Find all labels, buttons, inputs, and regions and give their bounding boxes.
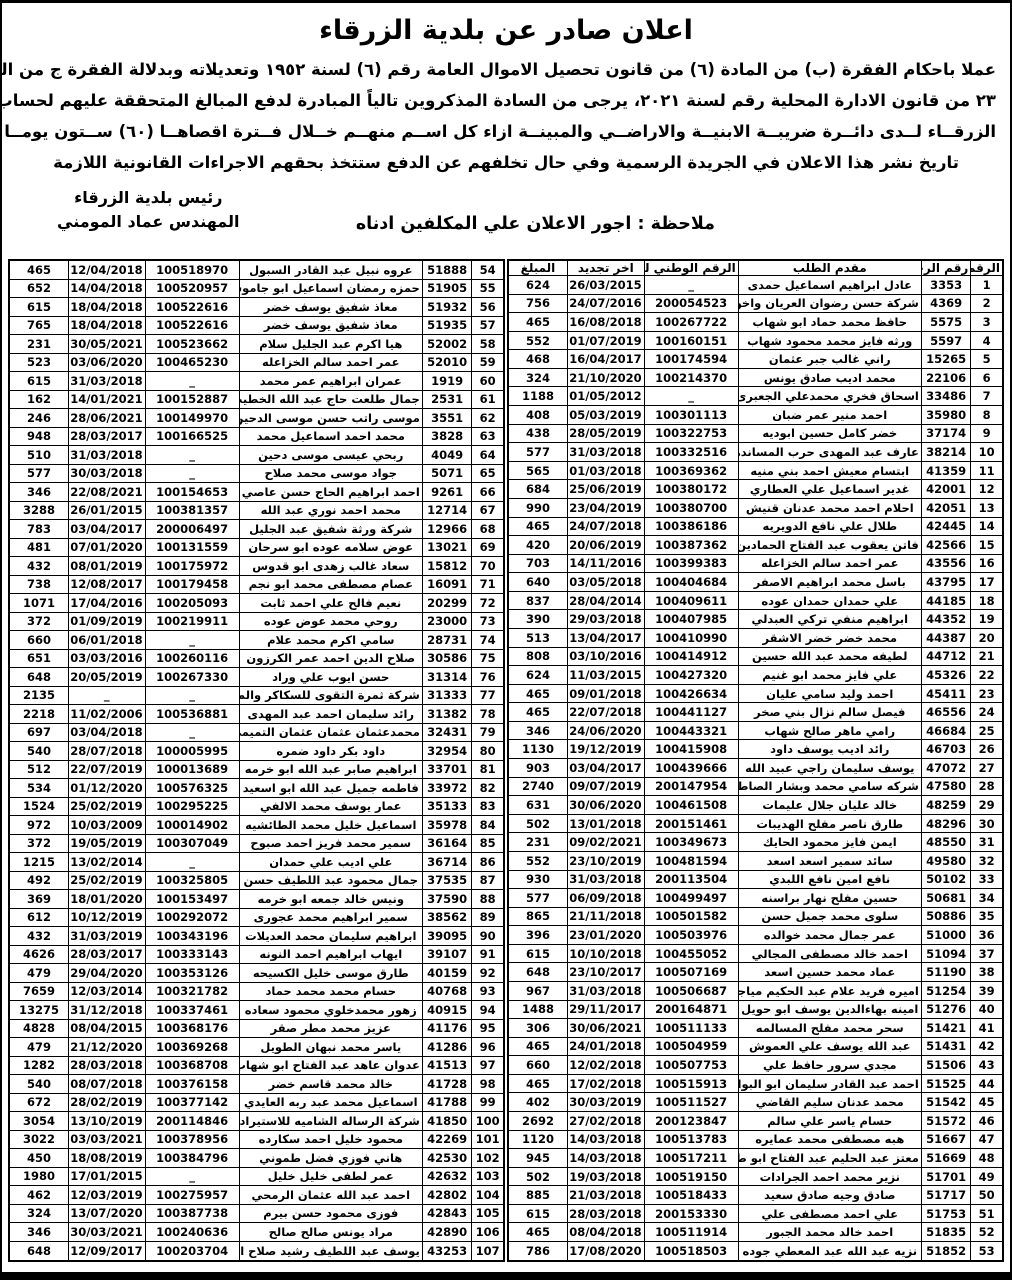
cell-license: 47580 [921, 777, 971, 796]
cell-number: 34 [971, 889, 1003, 908]
cell-applicant: عمر جمال محمد خوالده [738, 926, 921, 945]
cell-amount: 756 [508, 294, 567, 313]
cell-applicant: سحر محمد مفلح المسالمه [738, 1019, 921, 1038]
table-row: 4051276امينه بهاءالدين يوسف ابو حويل2001… [508, 1000, 1003, 1019]
cell-national-id: 100179458 [145, 575, 239, 594]
cell-last-renewal: 19/12/2019 [567, 740, 644, 759]
table-row: 4351506مجدي سرور حافظ علي10050775312/02/… [508, 1056, 1003, 1075]
cell-number: 8 [971, 406, 1003, 425]
cell-last-renewal: 20/06/2019 [567, 536, 644, 555]
table-row: 24369شركة حسن رضوان العريان واخوانه20005… [508, 294, 1003, 313]
cell-applicant: حسن ايوب علي وراد [239, 668, 422, 687]
cell-last-renewal: 03/03/2016 [68, 649, 145, 668]
table-row: 7220299نعيم فالح علي احمد ثابت1002050931… [9, 594, 504, 613]
cell-number: 95 [472, 1019, 504, 1038]
table-row: 669261احمد ابراهيم الحاج حسن عاصي1001546… [9, 483, 504, 502]
table-row: 9240159طارق موسى خليل الكسيحه10035312629… [9, 964, 504, 983]
cell-amount: 246 [9, 409, 68, 428]
cell-national-id: 100307049 [145, 834, 239, 853]
cell-national-id: _ [644, 276, 738, 295]
col-last-renewal: اخر تجديد [567, 260, 644, 276]
cell-number: 64 [472, 446, 504, 465]
cell-national-id: 100325805 [145, 871, 239, 890]
cell-amount: 3054 [9, 1112, 68, 1131]
cell-applicant: نزير محمد احمد الجرادات [738, 1167, 921, 1186]
cell-applicant: غدير اسماعيل علي العطاري [738, 480, 921, 499]
cell-license: 33972 [422, 779, 472, 798]
cell-license: 22106 [921, 368, 971, 387]
cell-amount: 2740 [508, 777, 567, 796]
cell-amount: 972 [9, 816, 68, 835]
col-applicant: مقدم الطلب [738, 260, 921, 276]
cell-amount: 577 [9, 464, 68, 483]
cell-license: 12966 [422, 520, 472, 539]
cell-national-id: 100332516 [644, 443, 738, 462]
cell-last-renewal: 28/06/2021 [68, 409, 145, 428]
cell-number: 27 [971, 759, 1003, 778]
cell-national-id: 100240636 [145, 1223, 239, 1242]
cell-amount: 4626 [9, 945, 68, 964]
cell-national-id: 100152887 [145, 390, 239, 409]
table-row: 8233972فاطمه جميل عبد الله ابو اسعيد1005… [9, 779, 504, 798]
cell-license: 9261 [422, 483, 472, 502]
cell-amount: 396 [508, 926, 567, 945]
cell-license: 51431 [921, 1037, 971, 1056]
cell-national-id: _ [145, 631, 239, 650]
cell-amount: 390 [508, 610, 567, 629]
cell-national-id: 100131559 [145, 538, 239, 557]
table-row: 9941788اسماعيل محمد عبد ربه العايدي10037… [9, 1093, 504, 1112]
cell-license: 41513 [422, 1056, 472, 1075]
cell-applicant: سائد سمير اسعد اسعد [738, 851, 921, 870]
cell-national-id: 100410990 [644, 628, 738, 647]
table-row: 3249580سائد سمير اسعد اسعد10048159423/10… [508, 851, 1003, 870]
cell-applicant: سعاد غالب زهدى ابو قدوس [239, 557, 422, 576]
cell-national-id: 100511527 [644, 1093, 738, 1112]
cell-amount: 631 [508, 796, 567, 815]
cell-amount: 672 [9, 1093, 68, 1112]
cell-number: 30 [971, 814, 1003, 833]
cell-license: 15812 [422, 557, 472, 576]
table-row: 10242530هاني فوزي فضل طموني10038479618/0… [9, 1149, 504, 1168]
table-row: 4851669معتز عبد الحليم عبد الفتاح ابو طا… [508, 1149, 1003, 1168]
table-row: 7428731سامي اكرم محمد علام_06/01/2018660 [9, 631, 504, 650]
cell-license: 51935 [422, 316, 472, 335]
cell-license: 20299 [422, 594, 472, 613]
cell-last-renewal: 31/03/2018 [567, 443, 644, 462]
cell-national-id: _ [145, 853, 239, 872]
cell-last-renewal: 31/12/2018 [68, 1001, 145, 1020]
cell-number: 3 [971, 313, 1003, 332]
cell-last-renewal: 26/01/2015 [68, 501, 145, 520]
table-row: 1643556عمر احمد سالم الخزاعله10039938314… [508, 554, 1003, 573]
cell-national-id: 100013689 [145, 760, 239, 779]
cell-amount: 523 [9, 353, 68, 372]
cell-amount: 346 [508, 721, 567, 740]
cell-applicant: عزيز محمد مطر صقر [239, 1019, 422, 1038]
cell-applicant: راني غالب جبر عثمان [738, 350, 921, 369]
cell-last-renewal: 09/07/2019 [567, 777, 644, 796]
cell-national-id: _ [145, 464, 239, 483]
cell-national-id: _ [145, 372, 239, 391]
table-row: 2345411احمد وليد سامي عليان10042663409/0… [508, 684, 1003, 703]
cell-license: 45411 [921, 684, 971, 703]
cell-applicant: زهور محمدخلوي محمود سعاده [239, 1001, 422, 1020]
cell-applicant: عروه نبيل عبد القادر السبول [239, 260, 422, 279]
cell-applicant: احمد ابراهيم الحاج حسن عاصي [239, 483, 422, 502]
cell-national-id: 200114846 [145, 1112, 239, 1131]
table-row: 10142269محمود خليل احمد سكارده1003789560… [9, 1130, 504, 1149]
cell-applicant: سامي اكرم محمد علام [239, 631, 422, 650]
cell-amount: 615 [508, 1204, 567, 1223]
cell-amount: 7659 [9, 982, 68, 1001]
cell-applicant: احلام احمد محمد عدنان قنيش [738, 498, 921, 517]
cell-license: 13021 [422, 538, 472, 557]
cell-number: 78 [472, 705, 504, 724]
cell-national-id: 100275957 [145, 1186, 239, 1205]
cell-amount: 3022 [9, 1130, 68, 1149]
cell-applicant: حمزه رمضان اسماعيل ابو جاموس [239, 279, 422, 298]
cell-national-id: 100523662 [145, 335, 239, 354]
body-line-2: ٢٣ من قانون الادارة المحلية رقم لسنة ٢٠٢… [16, 85, 996, 116]
cell-number: 83 [472, 797, 504, 816]
cell-applicant: عمار يوسف محمد الالفي [239, 797, 422, 816]
cell-applicant: شركه سامي محمد وبشار الصاطع [738, 777, 921, 796]
cell-last-renewal: 08/07/2018 [68, 1075, 145, 1094]
cell-license: 28731 [422, 631, 472, 650]
cell-license: 42802 [422, 1186, 472, 1205]
table-row: 9841728خالد محمد قاسم خضر10037615808/07/… [9, 1075, 504, 1094]
cell-number: 7 [971, 387, 1003, 406]
signature-note-row: رئيس بلدية الزرقاء المهندس عماد المومني … [2, 186, 1010, 256]
cell-license: 46703 [921, 740, 971, 759]
cell-national-id: 100576325 [145, 779, 239, 798]
cell-last-renewal: 14/04/2018 [68, 279, 145, 298]
cell-license: 50681 [921, 889, 971, 908]
cell-applicant: محمد احمد نوري عبد الله [239, 501, 422, 520]
cell-amount: 369 [9, 890, 68, 909]
cell-last-renewal: 23/10/2019 [567, 851, 644, 870]
cell-amount: 865 [508, 907, 567, 926]
cell-last-renewal: 22/08/2021 [68, 483, 145, 502]
cell-applicant: محمود خليل احمد سكارده [239, 1130, 422, 1149]
cell-national-id: 100522616 [145, 316, 239, 335]
cell-national-id: 100219911 [145, 612, 239, 631]
cell-number: 19 [971, 610, 1003, 629]
cell-license: 33486 [921, 387, 971, 406]
table-row: 7831382رائد سليمان احمد عبد المهدى100536… [9, 705, 504, 724]
cell-national-id: 100503976 [644, 926, 738, 945]
table-row: 2245326علي فايز محمد ابو غنيم10042732011… [508, 666, 1003, 685]
cell-national-id: 100175972 [145, 557, 239, 576]
cell-applicant: اسماعيل خليل محمد الطائشيه [239, 816, 422, 835]
table-row: 644049ربحي عيسى موسى دحين_31/03/2018510 [9, 446, 504, 465]
table-row: 1542566فاتن يعقوب عبد الفتاح الحمادين100… [508, 536, 1003, 555]
cell-number: 77 [472, 686, 504, 705]
cell-last-renewal: 12/02/2018 [567, 1056, 644, 1075]
table-row: 3148550ايمن فايز محمود الحايك10034967309… [508, 833, 1003, 852]
cell-amount: 615 [9, 298, 68, 317]
cell-applicant: يوسف عبد اللطيف رشيد صلاح الدين [239, 1241, 422, 1261]
cell-national-id: 100465230 [145, 353, 239, 372]
cell-license: 36164 [422, 834, 472, 853]
cell-last-renewal: 30/03/2019 [567, 1093, 644, 1112]
cell-number: 14 [971, 517, 1003, 536]
cell-amount: 1980 [9, 1167, 68, 1186]
cell-applicant: شركة ورثة شفيق عبد الجليل [239, 520, 422, 539]
col-amount: المبلغ [508, 260, 567, 276]
cell-national-id: 100214370 [644, 368, 738, 387]
table-row: 2446556فيصل سالم نزال بني صخر10044112722… [508, 703, 1003, 722]
cell-number: 45 [971, 1093, 1003, 1112]
cell-number: 87 [472, 871, 504, 890]
cell-amount: 324 [508, 368, 567, 387]
cell-last-renewal: 17/01/2015 [68, 1167, 145, 1186]
cell-national-id: 100205093 [145, 594, 239, 613]
cell-amount: 324 [9, 1204, 68, 1223]
cell-number: 42 [971, 1037, 1003, 1056]
cell-last-renewal: 31/03/2018 [68, 372, 145, 391]
cell-amount: 402 [508, 1093, 567, 1112]
cell-number: 61 [472, 390, 504, 409]
table-row: 4651572حسام ياسر علي سالم20012384727/02/… [508, 1112, 1003, 1131]
cell-national-id: 100005995 [145, 742, 239, 761]
cell-applicant: طارق ناصر مفلح الهديبات [738, 814, 921, 833]
cell-amount: 2218 [9, 705, 68, 724]
cell-last-renewal: 22/07/2019 [68, 760, 145, 779]
cell-national-id: _ [644, 387, 738, 406]
cell-amount: 808 [508, 647, 567, 666]
cell-amount: 837 [508, 591, 567, 610]
cell-national-id: 200164871 [644, 1000, 738, 1019]
cell-last-renewal: 26/03/2015 [567, 276, 644, 295]
cell-license: 49580 [921, 851, 971, 870]
cell-license: 38214 [921, 443, 971, 462]
cell-last-renewal: 18/01/2020 [68, 890, 145, 909]
cell-national-id: 100481594 [644, 851, 738, 870]
table-row: 2144712لطيفه محمد عبد الله حسين100414912… [508, 647, 1003, 666]
cell-amount: 684 [508, 480, 567, 499]
cell-last-renewal: 31/03/2019 [68, 927, 145, 946]
cell-amount: 703 [508, 554, 567, 573]
cell-applicant: معاذ شفيق يوسف خضر [239, 316, 422, 335]
cell-applicant: ونيس خالد جمعه ابو خرمه [239, 890, 422, 909]
cell-amount: 346 [9, 483, 68, 502]
cell-national-id: _ [145, 723, 239, 742]
cell-license: 51753 [921, 1204, 971, 1223]
cell-national-id: 100515913 [644, 1074, 738, 1093]
cell-amount: 306 [508, 1019, 567, 1038]
cell-applicant: لطيفه محمد عبد الله حسين [738, 647, 921, 666]
cell-number: 12 [971, 480, 1003, 499]
cell-last-renewal: 01/12/2020 [68, 779, 145, 798]
cell-last-renewal: 12/08/2017 [68, 575, 145, 594]
cell-license: 42530 [422, 1149, 472, 1168]
cell-national-id: 100443321 [644, 721, 738, 740]
cell-license: 42051 [921, 498, 971, 517]
table-row: 4251431عبد الله يوسف علي العموش100504959… [508, 1037, 1003, 1056]
cell-applicant: خالد محمد قاسم خضر [239, 1075, 422, 1094]
cell-number: 63 [472, 427, 504, 446]
table-row: 5952010عمر احمد سالم الخزاعله10046523003… [9, 353, 504, 372]
table-row: 3450681حسين مفلح نهار براسنه10049949706/… [508, 889, 1003, 908]
cell-national-id: 100368176 [145, 1019, 239, 1038]
cell-national-id: _ [145, 1167, 239, 1186]
table-row: 655071جواد موسى محمد صلاح_30/03/2018577 [9, 464, 504, 483]
cell-number: 33 [971, 870, 1003, 889]
cell-license: 41286 [422, 1038, 472, 1057]
table-row: 937174خضر كامل حسين ابوديه10032275328/05… [508, 424, 1003, 443]
cell-national-id: 100369362 [644, 461, 738, 480]
cell-applicant: ابتسام معيش احمد بني منيه [738, 461, 921, 480]
cell-last-renewal: 27/02/2018 [567, 1112, 644, 1131]
table-row: 733486اسحاق فخري محمدعلي الجعبرى_01/05/2… [508, 387, 1003, 406]
cell-applicant: نعيم فالح علي احمد ثابت [239, 594, 422, 613]
cell-number: 5 [971, 350, 1003, 369]
cell-last-renewal: 18/08/2019 [68, 1149, 145, 1168]
table-row: 8636714علي اديب علي حمدان_13/02/20141215 [9, 853, 504, 872]
cell-applicant: عدوان عاهد عبد الفتاح ابو شهاب [239, 1056, 422, 1075]
cell-applicant: ربحي عيسى موسى دحين [239, 446, 422, 465]
cell-applicant: محمدعثمان عثمان عثمان التميمي [239, 723, 422, 742]
cell-license: 37174 [921, 424, 971, 443]
cell-applicant: هبه مصطفى محمد عمايره [738, 1130, 921, 1149]
cell-applicant: ابراهيم منفي تركي العبدلي [738, 610, 921, 629]
cell-national-id: 100337461 [145, 1001, 239, 1020]
cell-license: 2531 [422, 390, 472, 409]
table-row: 2546684رامي ماهر صالح شهاب10044332124/06… [508, 721, 1003, 740]
table-row: 5251835احمد خالد محمد الجبور10051191408/… [508, 1223, 1003, 1242]
cell-amount: 577 [508, 889, 567, 908]
cell-number: 97 [472, 1056, 504, 1075]
table-row: 10442802احمد عبد الله عثمان الرمحي100275… [9, 1186, 504, 1205]
table-row: 9340768حسام محمد محمد حماد10032178212/03… [9, 982, 504, 1001]
table-row: 3751094احمد خالد مصطفى المجالي1004550521… [508, 944, 1003, 963]
cell-last-renewal: 14/03/2018 [567, 1130, 644, 1149]
cell-applicant: عمر احمد سالم الخزاعله [239, 353, 422, 372]
table-row: 8536164سمير محمد فريز احمد صبوح100307049… [9, 834, 504, 853]
body-line-1: عملا باحكام الفقرة (ب) من المادة (٦) من … [16, 54, 996, 85]
cell-amount: 615 [9, 372, 68, 391]
cell-number: 17 [971, 573, 1003, 592]
cell-license: 48296 [921, 814, 971, 833]
cell-applicant: رائد سليمان احمد عبد المهدى [239, 705, 422, 724]
cell-license: 1919 [422, 372, 472, 391]
cell-applicant: معتز عبد الحليم عبد الفتاح ابو طاحون [738, 1149, 921, 1168]
table-row: 601919عمران ابراهيم عمر محمد_31/03/20186… [9, 372, 504, 391]
cell-applicant: عمران ابراهيم عمر محمد [239, 372, 422, 391]
cell-license: 44352 [921, 610, 971, 629]
cell-last-renewal: 10/12/2019 [68, 908, 145, 927]
cell-number: 58 [472, 335, 504, 354]
cell-amount: 640 [508, 573, 567, 592]
cell-applicant: احمد وليد سامي عليان [738, 684, 921, 703]
cell-last-renewal: 25/02/2019 [68, 797, 145, 816]
cell-last-renewal: 21/12/2020 [68, 1038, 145, 1057]
cell-national-id: 200123847 [644, 1112, 738, 1131]
cell-license: 31333 [422, 686, 472, 705]
col-number: الرقم [971, 260, 1003, 276]
cell-number: 92 [472, 964, 504, 983]
cell-license: 51701 [921, 1167, 971, 1186]
cell-applicant: احمد خالد مصطفى المجالي [738, 944, 921, 963]
table-row: 8938562سمير ابراهيم محمد عجورى1002920721… [9, 908, 504, 927]
cell-license: 37535 [422, 871, 472, 890]
cell-number: 94 [472, 1001, 504, 1020]
table-row: 9541176عزيز محمد مطر صقر10036817608/04/2… [9, 1019, 504, 1038]
cell-applicant: طلال علي نافع الدويريه [738, 517, 921, 536]
table-row: 3550886سلوى محمد جميل حسن10050158221/11/… [508, 907, 1003, 926]
cell-last-renewal: 14/01/2021 [68, 390, 145, 409]
cell-amount: 3288 [9, 501, 68, 520]
cell-applicant: حسين مفلح نهار براسنه [738, 889, 921, 908]
cell-national-id: 100380172 [644, 480, 738, 499]
cell-last-renewal: 30/06/2021 [567, 1019, 644, 1038]
cell-amount: 432 [9, 927, 68, 946]
cell-license: 51667 [921, 1130, 971, 1149]
cell-amount: 479 [9, 1038, 68, 1057]
cell-amount: 4828 [9, 1019, 68, 1038]
cell-applicant: ابراهيم سليمان محمد العديلات [239, 927, 422, 946]
cell-amount: 990 [508, 498, 567, 517]
body-line-3: الزرقــاء لــدى دائــرة ضريبــة الابنيــ… [16, 116, 996, 147]
cell-amount: 162 [9, 390, 68, 409]
cell-license: 35133 [422, 797, 472, 816]
cell-national-id: 100404684 [644, 573, 738, 592]
cell-last-renewal: 31/03/2018 [68, 446, 145, 465]
cell-last-renewal: 28/07/2018 [68, 742, 145, 761]
cell-number: 51 [971, 1204, 1003, 1223]
cell-applicant: شركة الرساله الشاميه للاستيراد وتجارة [239, 1112, 422, 1131]
cell-last-renewal: 24/07/2016 [567, 294, 644, 313]
cell-national-id: 100387362 [644, 536, 738, 555]
cell-national-id: 100426634 [644, 684, 738, 703]
cell-applicant: اسحاق فخري محمدعلي الجعبرى [738, 387, 921, 406]
cell-national-id: 100166525 [145, 427, 239, 446]
cell-applicant: عادل ابراهيم اسماعيل حمدى [738, 276, 921, 295]
cell-last-renewal: 28/03/2018 [567, 1204, 644, 1223]
cell-number: 62 [472, 409, 504, 428]
cell-amount: 450 [9, 1149, 68, 1168]
cell-amount: 552 [508, 331, 567, 350]
cell-amount: 540 [9, 1075, 68, 1094]
cell-last-renewal: 28/02/2019 [68, 1093, 145, 1112]
fees-note: ملاحظة : اجور الاعلان علي المكلفين ادناه [356, 214, 715, 234]
cell-last-renewal: 03/03/2021 [68, 1130, 145, 1149]
cell-applicant: عوض سلامه عوده ابو سرحان [239, 538, 422, 557]
cell-amount: 615 [508, 944, 567, 963]
cell-license: 51190 [921, 963, 971, 982]
cell-last-renewal: 03/10/2016 [567, 647, 644, 666]
table-row: 7530586صلاح الدين احمد عمر الكرزون100260… [9, 649, 504, 668]
cell-national-id: 100368708 [145, 1056, 239, 1075]
cell-national-id: 100353126 [145, 964, 239, 983]
table-row: 3951254اميره فريد علام عبد الحكيم مياجي1… [508, 981, 1003, 1000]
cell-number: 24 [971, 703, 1003, 722]
cell-applicant: حسام ياسر علي سالم [738, 1112, 921, 1131]
cell-amount: 885 [508, 1186, 567, 1205]
cell-national-id: 100499497 [644, 889, 738, 908]
table-row: 2646703رائد اديب يوسف داود10041590819/12… [508, 740, 1003, 759]
cell-number: 71 [472, 575, 504, 594]
cell-amount: 512 [9, 760, 68, 779]
cell-applicant: ايمن فايز محمود الحايك [738, 833, 921, 852]
cell-license: 51506 [921, 1056, 971, 1075]
cell-license: 42632 [422, 1167, 472, 1186]
cell-national-id: 100399383 [644, 554, 738, 573]
cell-number: 74 [472, 631, 504, 650]
table-row: 515265راني غالب جبر عثمان10017459416/04/… [508, 350, 1003, 369]
